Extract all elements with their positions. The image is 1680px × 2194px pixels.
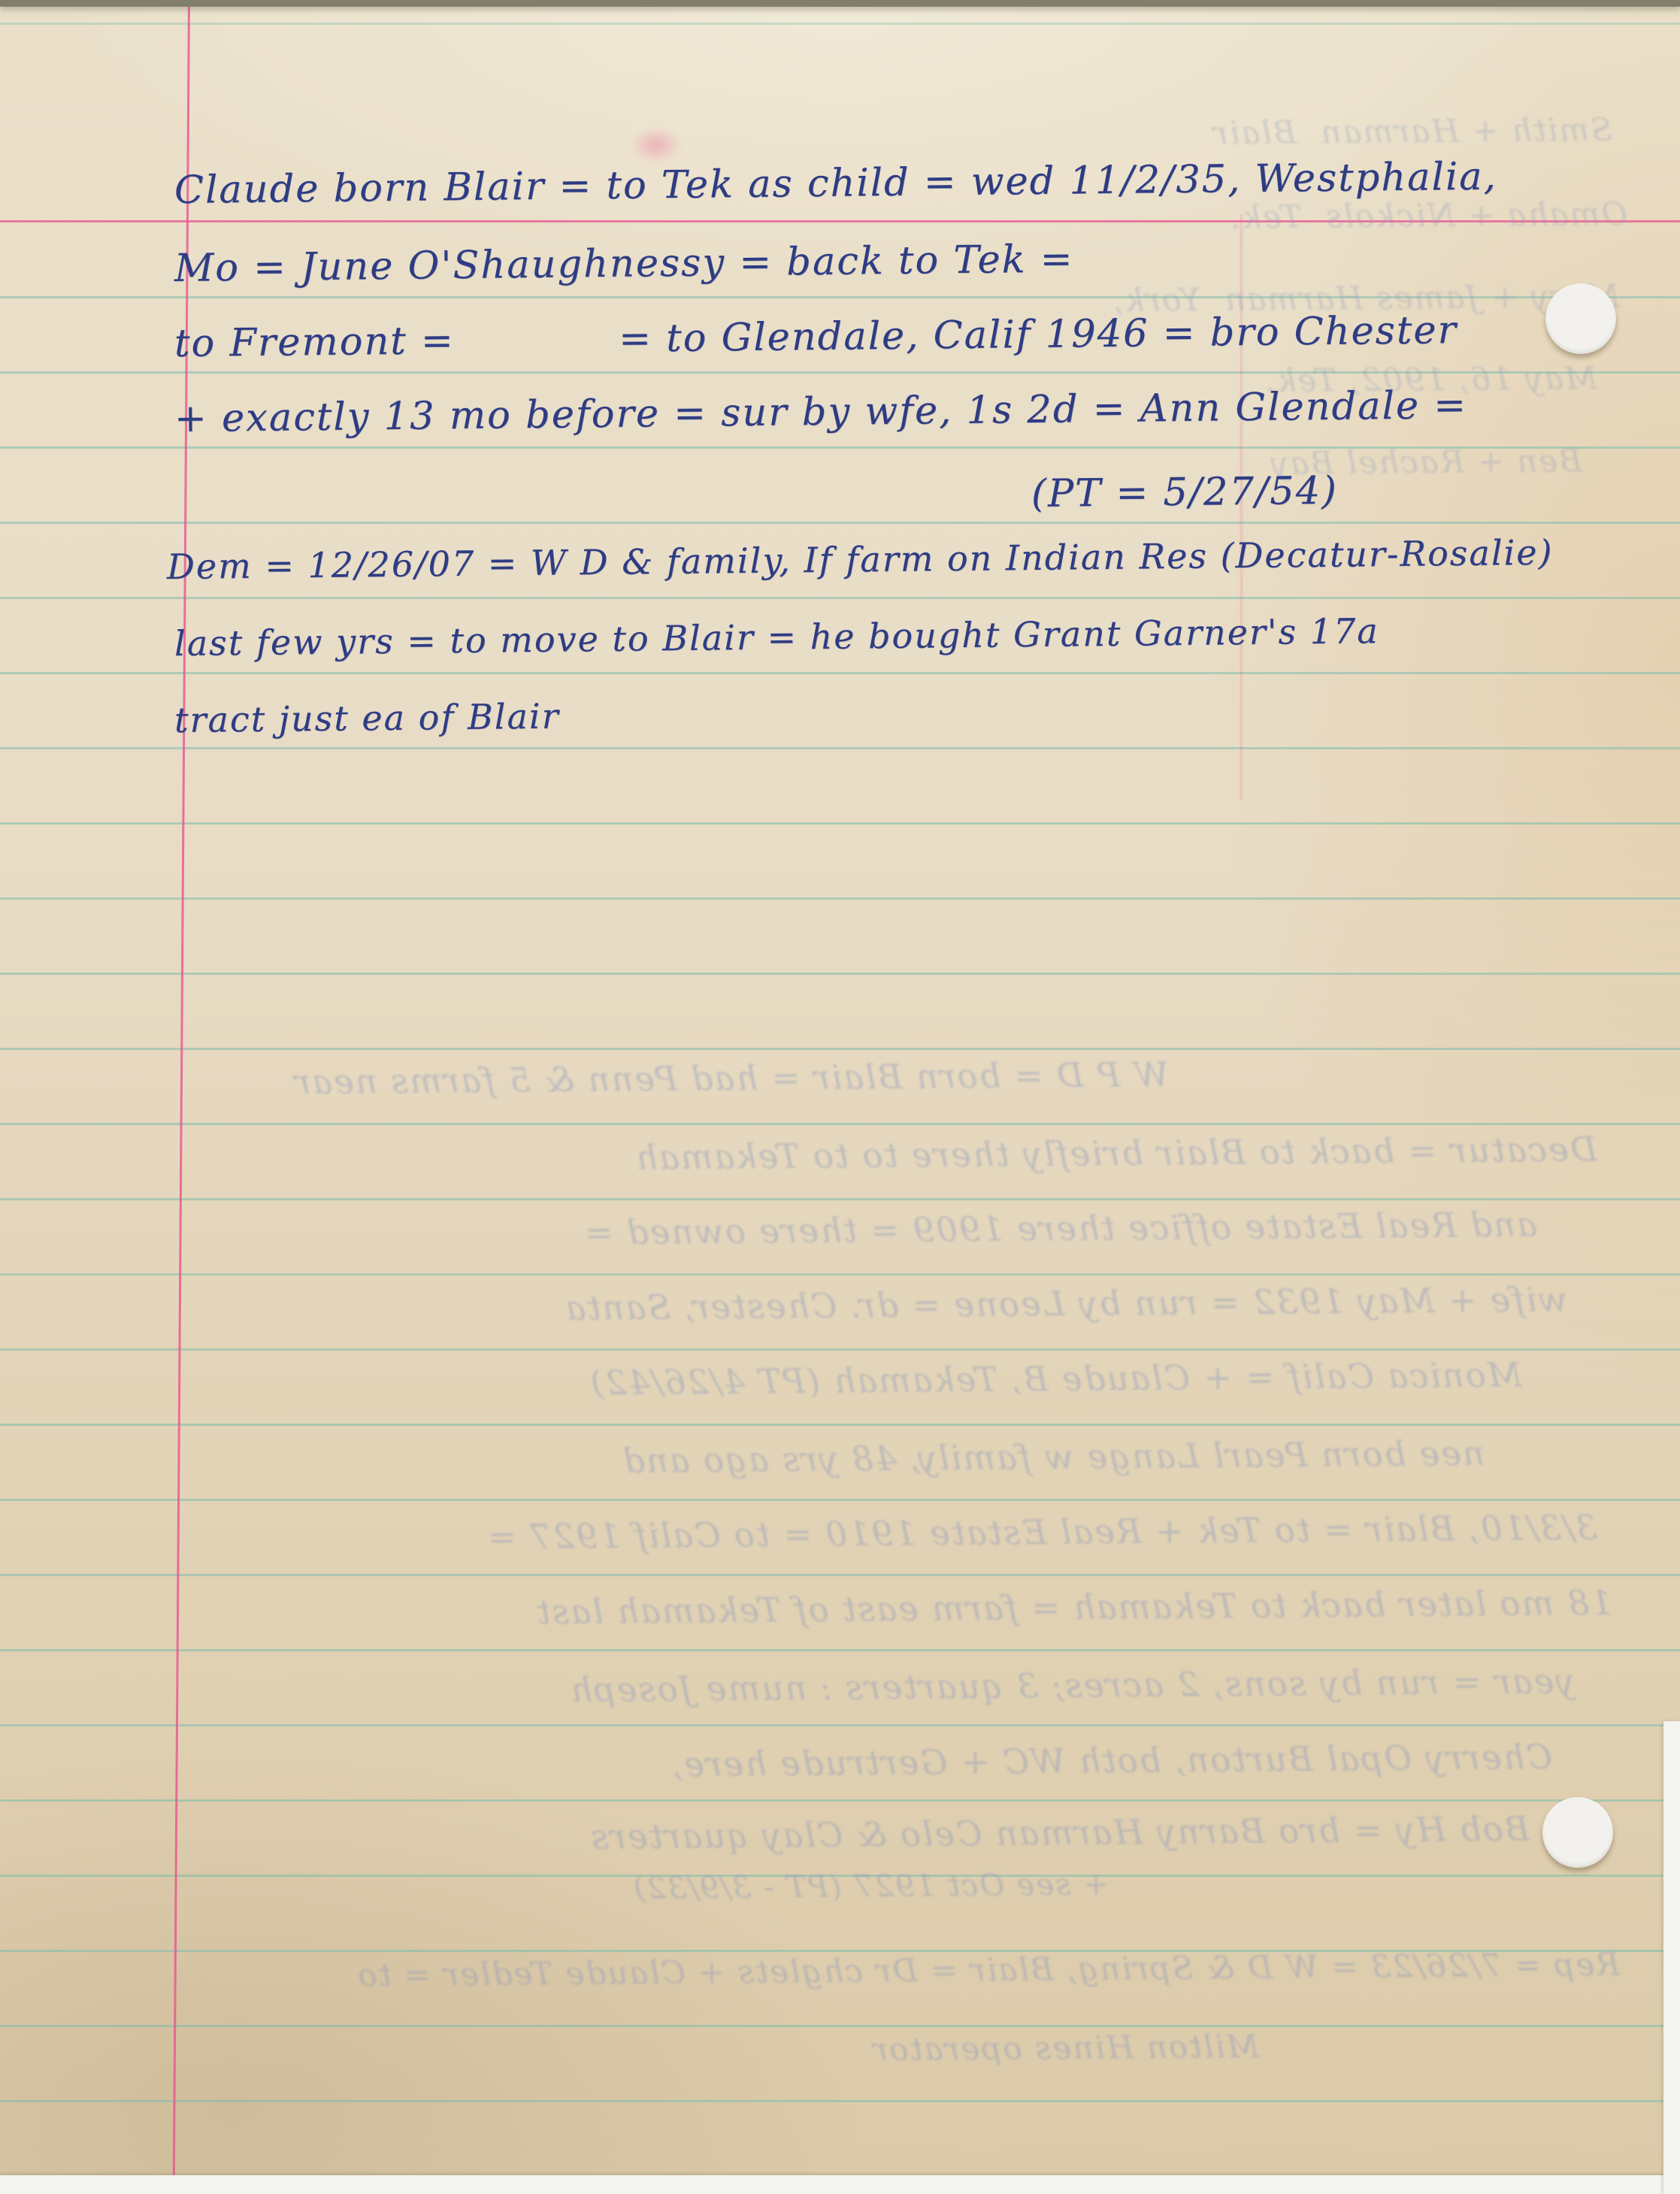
bleedthrough-line: Decatur = back to Blair briefly there to… bbox=[634, 1129, 1597, 1178]
bleedthrough-line: 3/3/10, Blair = to Tek + Real Estate 191… bbox=[486, 1508, 1597, 1558]
bleedthrough-line: nee born Pearl Lange w family, 48 yrs ag… bbox=[622, 1433, 1485, 1481]
handwritten-line: tract just ea of Blair bbox=[174, 695, 560, 743]
scan-edge-right bbox=[1663, 1721, 1680, 2194]
handwritten-line: Mo = June O'Shaughnessy = back to Tek = bbox=[174, 235, 1074, 292]
bleedthrough-line: year = run by sons, 2 acres; 3 quarters … bbox=[569, 1661, 1575, 1711]
scan-edge-top bbox=[0, 0, 1680, 7]
bleedthrough-line: 18 mo later back to Tekamah = farm east … bbox=[535, 1583, 1612, 1633]
scan-edge-bottom bbox=[0, 2175, 1680, 2194]
hole-punch-bottom bbox=[1542, 1797, 1613, 1868]
bleedthrough-line: Cherry Opal Burton, both WC + Gertrude h… bbox=[670, 1737, 1553, 1785]
bleedthrough-line: Rep = 7/26/23 = W D & Spring, Blair = Dr… bbox=[356, 1946, 1620, 1995]
bleedthrough-line: + see Oct 1927 (PT - 3/9/32) bbox=[632, 1866, 1109, 1907]
bleedthrough-line: Monica Calif = + Claude B, Tekamah (PT 4… bbox=[589, 1355, 1523, 1404]
bleedthrough-line: Bob Hy = bro Barny Harman Celo & Clay qu… bbox=[589, 1809, 1530, 1858]
bleedthrough-line: W P D = born Blair = had Penn & 5 farms … bbox=[293, 1055, 1170, 1103]
bleedthrough-line: wife + May 1932 = run by Leone = dr. Che… bbox=[564, 1279, 1567, 1329]
bleedthrough-line: and Real Estate office there 1909 = ther… bbox=[583, 1204, 1537, 1253]
scanned-notebook-page: Smith + Harman Blair Omaha + Nickols Tek… bbox=[0, 0, 1680, 2194]
bleedthrough-fragment: Smith + Harman Blair bbox=[1212, 111, 1612, 153]
hole-punch-top bbox=[1545, 283, 1616, 354]
handwritten-line-citation: (PT = 5/27/54) bbox=[1031, 468, 1339, 519]
bleedthrough-line: Milton Hines operator bbox=[871, 2028, 1259, 2069]
